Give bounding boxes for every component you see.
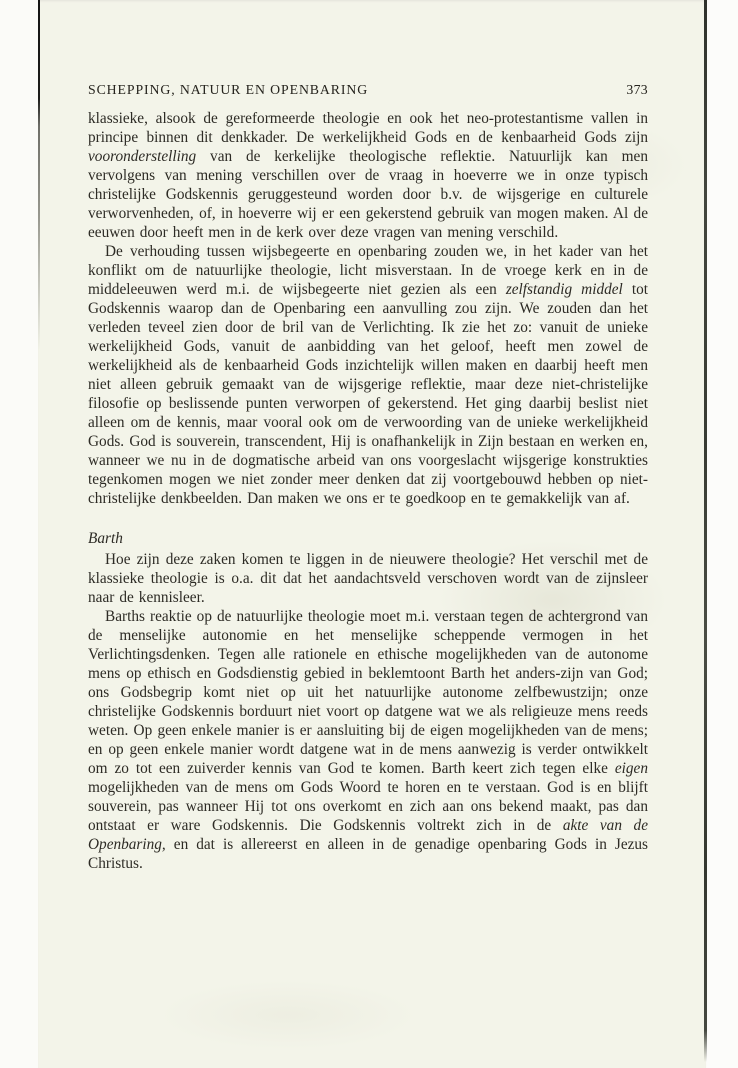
running-title: SCHEPPING, NATUUR EN OPENBARING [88,82,368,98]
scanned-book-page: { "colors":{ "paper":"#f3f4e9", "ink":"#… [0,0,738,1068]
section-heading: Barth [88,529,648,548]
running-header: SCHEPPING, NATUUR EN OPENBARING 373 [88,82,648,98]
paragraph: klassieke, alsook de gereformeerde theol… [88,109,648,242]
paragraph-text: Hoe zijn deze zaken komen te liggen in d… [88,551,648,606]
print-through-smudge [158,980,418,1050]
paragraph-text: en dat is allereerst en alleen in de gen… [88,836,648,872]
page-body: klassieke, alsook de gereformeerde theol… [88,109,648,873]
paragraph: De verhouding tussen wijsbegeerte en ope… [88,242,648,508]
paragraph-text: Barths reaktie op de natuurlijke theolog… [88,608,648,777]
scan-margin-right [707,0,738,1068]
paragraph: Barths reaktie op de natuurlijke theolog… [88,607,648,873]
italic-term: eigen [615,760,648,777]
scan-edge-left [38,0,40,350]
page-number: 373 [626,82,648,98]
paragraph: Hoe zijn deze zaken komen te liggen in d… [88,550,648,607]
paragraph-text: klassieke, alsook de gereformeerde theol… [88,110,648,146]
paragraph-text: tot Godskennis waarop dan de Openbaring … [88,281,648,507]
italic-term: zelfstandig middel [506,281,623,298]
italic-term: vooronderstelling [88,148,196,165]
